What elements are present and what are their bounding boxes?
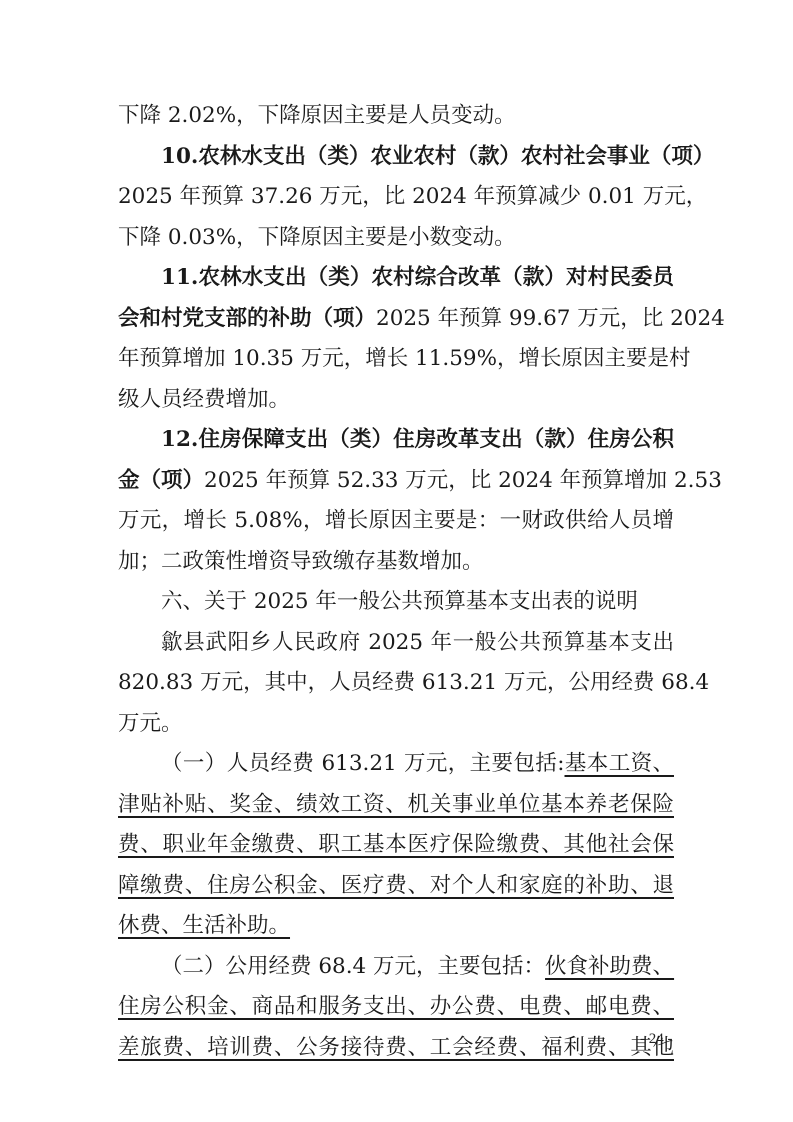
- text-run: （二）公用经费 68.4 万元，主要包括：: [161, 954, 545, 979]
- text-line: 万元。: [118, 704, 674, 745]
- text-line: 会和村党支部的补助（项）2025 年预算 99.67 万元，比 2024: [118, 299, 674, 340]
- text-run: 2025 年预算 52.33 万元，比 2024 年预算增加 2.53: [204, 468, 722, 493]
- text-line: 级人员经费增加。: [118, 380, 674, 421]
- text-line: 12.住房保障支出（类）住房改革支出（款）住房公积: [118, 420, 674, 461]
- paragraph-p-continuation: 下降 2.02%，下降原因主要是人员变动。: [118, 96, 674, 137]
- text-line: 下降 2.02%，下降原因主要是人员变动。: [118, 96, 674, 137]
- text-run: 加；二政策性增资导致缴存基数增加。: [118, 549, 484, 574]
- underlined-run: 费、职业年金缴费、职工基本医疗保险缴费、其他社会保: [118, 832, 674, 857]
- paragraph-personnel-expenses: （一）人员经费 613.21 万元，主要包括:基本工资、津贴补贴、奖金、绩效工资…: [118, 744, 674, 947]
- bold-run: 12.住房保障支出（类）住房改革支出（款）住房公积: [161, 427, 674, 452]
- text-line: 下降 0.03%，下降原因主要是小数变动。: [118, 218, 674, 259]
- text-line: 歙县武阳乡人民政府 2025 年一般公共预算基本支出: [118, 623, 674, 664]
- text-run: 六、关于 2025 年一般公共预算基本支出表的说明: [161, 589, 638, 614]
- underlined-run: 伙食补助费、: [545, 954, 674, 979]
- text-run: 下降 0.03%，下降原因主要是小数变动。: [118, 225, 516, 250]
- underlined-run: 津贴补贴、奖金、绩效工资、机关事业单位基本养老保险: [118, 792, 674, 817]
- text-line: 住房公积金、商品和服务支出、办公费、电费、邮电费、: [118, 987, 674, 1028]
- text-line: 津贴补贴、奖金、绩效工资、机关事业单位基本养老保险: [118, 785, 674, 826]
- paragraph-item-11: 11.农林水支出（类）农村综合改革（款）对村民委员会和村党支部的补助（项）202…: [118, 258, 674, 420]
- text-line: 820.83 万元，其中，人员经费 613.21 万元，公用经费 68.4: [118, 663, 674, 704]
- underlined-run: 障缴费、住房公积金、医疗费、对个人和家庭的补助、退: [118, 873, 674, 898]
- text-line: （一）人员经费 613.21 万元，主要包括:基本工资、: [118, 744, 674, 785]
- text-line: 11.农林水支出（类）农村综合改革（款）对村民委员: [118, 258, 674, 299]
- paragraph-section-6-heading: 六、关于 2025 年一般公共预算基本支出表的说明: [118, 582, 674, 623]
- underlined-run: 休费、生活补助。: [118, 913, 290, 938]
- text-line: （二）公用经费 68.4 万元，主要包括：伙食补助费、: [118, 947, 674, 988]
- text-line: 障缴费、住房公积金、医疗费、对个人和家庭的补助、退: [118, 866, 674, 907]
- text-run: 年预算增加 10.35 万元，增长 11.59%，增长原因主要是村: [118, 346, 691, 371]
- text-line: 10.农林水支出（类）农业农村（款）农村社会事业（项）: [118, 137, 674, 178]
- bold-run: 会和村党支部的补助（项）: [118, 306, 376, 331]
- text-line: 万元，增长 5.08%，增长原因主要是：一财政供给人员增: [118, 501, 674, 542]
- paragraph-public-expenses: （二）公用经费 68.4 万元，主要包括：伙食补助费、住房公积金、商品和服务支出…: [118, 947, 674, 1069]
- text-run: 2025 年预算 37.26 万元，比 2024 年预算减少 0.01 万元，: [118, 184, 707, 209]
- text-line: 年预算增加 10.35 万元，增长 11.59%，增长原因主要是村: [118, 339, 674, 380]
- underlined-run: 基本工资、: [565, 751, 674, 776]
- bold-run: 10.农林水支出（类）农业农村（款）农村社会事业（项）: [161, 144, 714, 169]
- bold-run: 金（项）: [118, 468, 204, 493]
- paragraph-section-6-summary: 歙县武阳乡人民政府 2025 年一般公共预算基本支出820.83 万元，其中，人…: [118, 623, 674, 745]
- text-run: 下降 2.02%，下降原因主要是人员变动。: [118, 103, 516, 128]
- text-line: 六、关于 2025 年一般公共预算基本支出表的说明: [118, 582, 674, 623]
- page-number: - 24 -: [640, 1031, 673, 1048]
- text-run: （一）人员经费 613.21 万元，主要包括:: [161, 751, 565, 776]
- text-line: 费、职业年金缴费、职工基本医疗保险缴费、其他社会保: [118, 825, 674, 866]
- text-run: 820.83 万元，其中，人员经费 613.21 万元，公用经费 68.4: [118, 670, 709, 695]
- paragraph-item-10: 10.农林水支出（类）农业农村（款）农村社会事业（项）2025 年预算 37.2…: [118, 137, 674, 259]
- text-run: 万元。: [118, 711, 183, 736]
- text-line: 休费、生活补助。: [118, 906, 674, 947]
- text-run: 歙县武阳乡人民政府 2025 年一般公共预算基本支出: [161, 630, 674, 655]
- underlined-run: 差旅费、培训费、公务接待费、工会经费、福利费、其他: [118, 1035, 674, 1060]
- underlined-run: 住房公积金、商品和服务支出、办公费、电费、邮电费、: [118, 994, 674, 1019]
- text-line: 金（项）2025 年预算 52.33 万元，比 2024 年预算增加 2.53: [118, 461, 674, 502]
- text-run: 万元，增长 5.08%，增长原因主要是：一财政供给人员增: [118, 508, 674, 533]
- paragraph-item-12: 12.住房保障支出（类）住房改革支出（款）住房公积金（项）2025 年预算 52…: [118, 420, 674, 582]
- bold-run: 11.农林水支出（类）农村综合改革（款）对村民委员: [161, 265, 674, 290]
- text-run: 级人员经费增加。: [118, 387, 290, 412]
- text-run: 2025 年预算 99.67 万元，比 2024: [376, 306, 725, 331]
- text-line: 2025 年预算 37.26 万元，比 2024 年预算减少 0.01 万元，: [118, 177, 674, 218]
- text-line: 差旅费、培训费、公务接待费、工会经费、福利费、其他: [118, 1028, 674, 1069]
- text-line: 加；二政策性增资导致缴存基数增加。: [118, 542, 674, 583]
- document-body: 下降 2.02%，下降原因主要是人员变动。10.农林水支出（类）农业农村（款）农…: [118, 96, 674, 1068]
